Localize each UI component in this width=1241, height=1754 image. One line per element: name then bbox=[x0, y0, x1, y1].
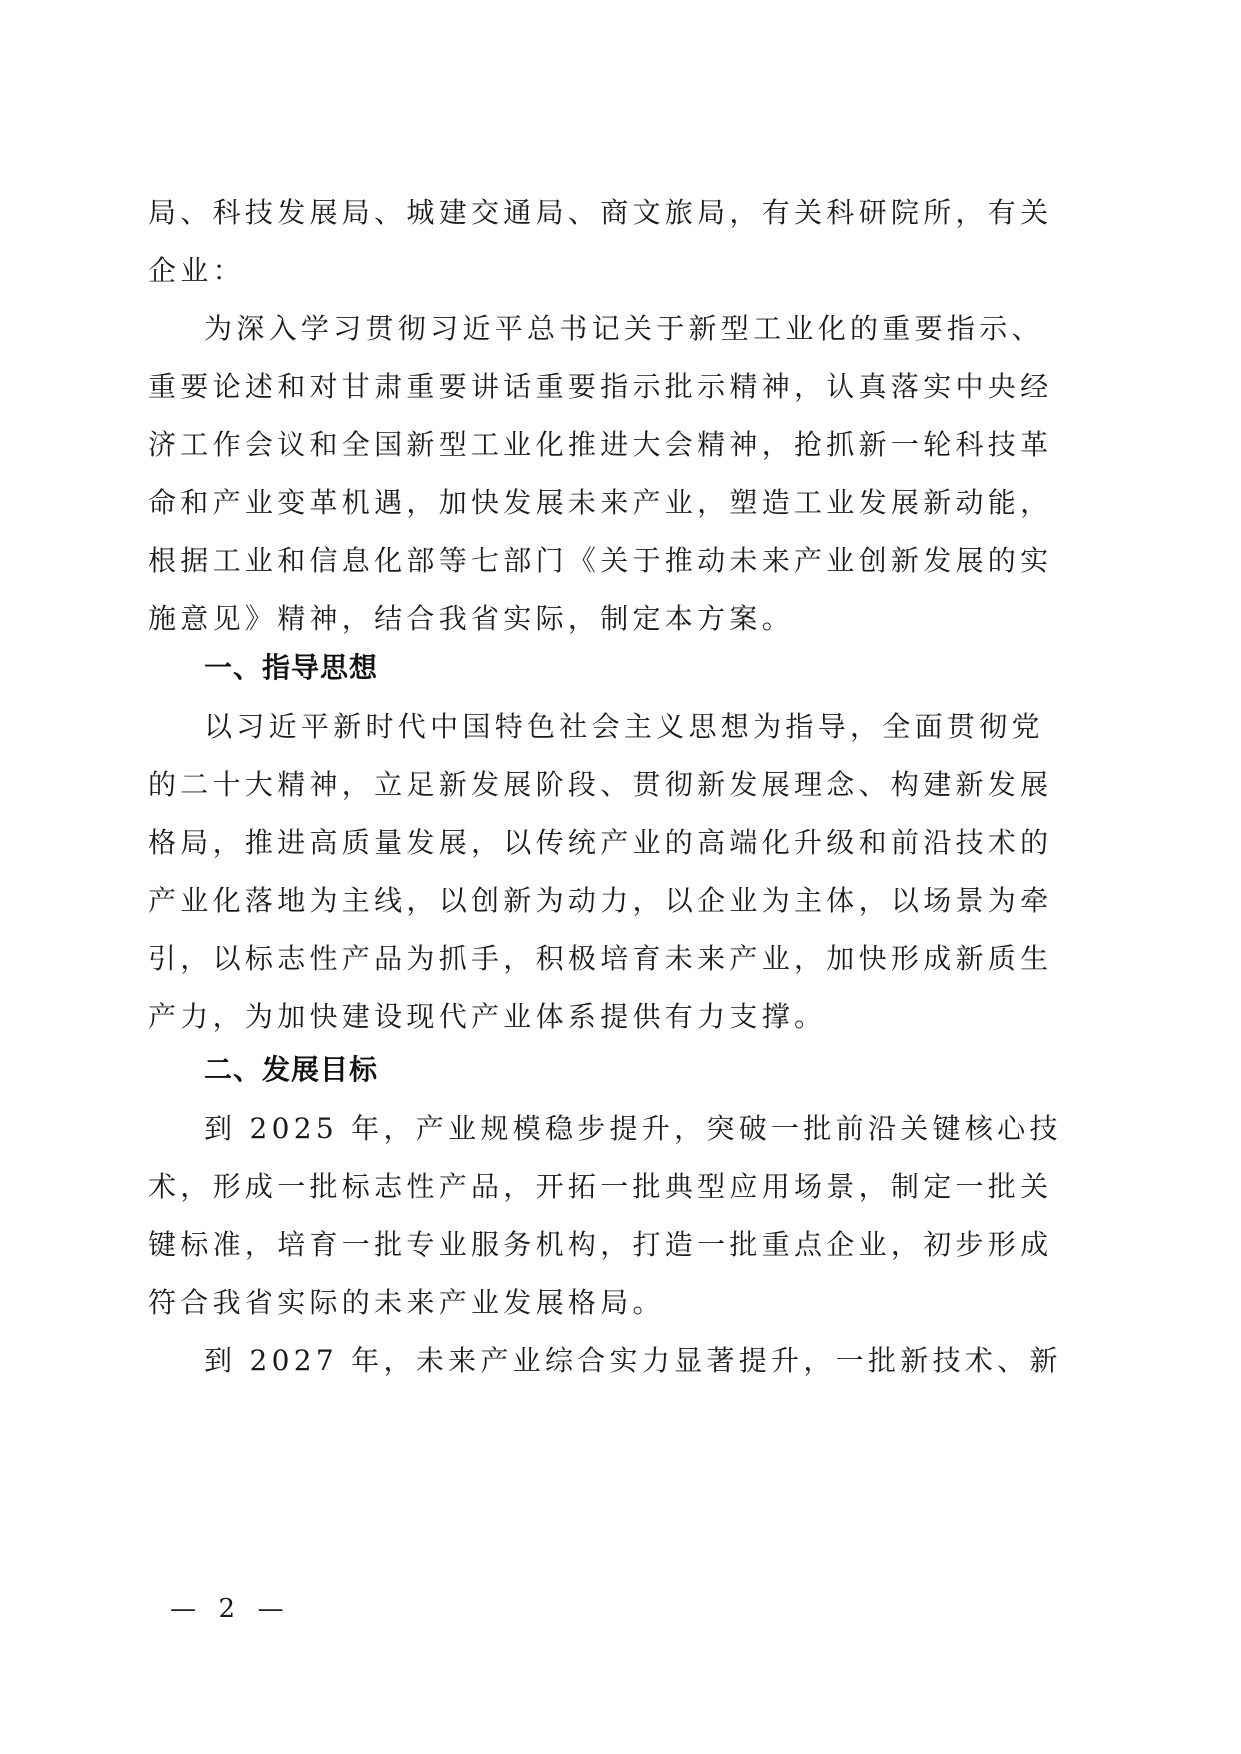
section1-line-1: 以习近平新时代中国特色社会主义思想为指导，全面贯彻党 bbox=[204, 707, 966, 747]
section2-line-2: 术，形成一批标志性产品，开拓一批典型应用场景，制定一批关 bbox=[148, 1167, 966, 1207]
document-page: 局、科技发展局、城建交通局、商文旅局，有关科研院所，有关 企业： 为深入学习贯彻… bbox=[0, 0, 1241, 1754]
preamble-line-6: 施意见》精神，结合我省实际，制定本方案。 bbox=[148, 599, 966, 639]
addressee-line-1: 局、科技发展局、城建交通局、商文旅局，有关科研院所，有关 bbox=[148, 193, 966, 233]
section2-line-3: 键标准，培育一批专业服务机构，打造一批重点企业，初步形成 bbox=[148, 1225, 966, 1265]
preamble-line-5: 根据工业和信息化部等七部门《关于推动未来产业创新发展的实 bbox=[148, 541, 966, 581]
section-heading-development-goals: 二、发展目标 bbox=[204, 1050, 378, 1090]
section1-line-2: 的二十大精神，立足新发展阶段、贯彻新发展理念、构建新发展 bbox=[148, 765, 966, 805]
preamble-line-1: 为深入学习贯彻习近平总书记关于新型工业化的重要指示、 bbox=[204, 309, 966, 349]
section1-line-5: 引，以标志性产品为抓手，积极培育未来产业，加快形成新质生 bbox=[148, 939, 966, 979]
preamble-line-3: 济工作会议和全国新型工业化推进大会精神，抢抓新一轮科技革 bbox=[148, 425, 966, 465]
section-heading-guiding-ideology: 一、指导思想 bbox=[204, 648, 378, 688]
section2-line-4: 符合我省实际的未来产业发展格局。 bbox=[148, 1283, 966, 1323]
section2-line-5: 到 2027 年，未来产业综合实力显著提升，一批新技术、新 bbox=[204, 1341, 966, 1381]
section2-line-1: 到 2025 年，产业规模稳步提升，突破一批前沿关键核心技 bbox=[204, 1109, 966, 1149]
addressee-line-2: 企业： bbox=[148, 251, 966, 291]
page-number: — 2 — bbox=[170, 1589, 286, 1629]
preamble-line-2: 重要论述和对甘肃重要讲话重要指示批示精神，认真落实中央经 bbox=[148, 367, 966, 407]
preamble-line-4: 命和产业变革机遇，加快发展未来产业，塑造工业发展新动能， bbox=[148, 483, 966, 523]
section1-line-4: 产业化落地为主线，以创新为动力，以企业为主体，以场景为牵 bbox=[148, 881, 966, 921]
section1-line-6: 产力，为加快建设现代产业体系提供有力支撑。 bbox=[148, 997, 966, 1037]
section1-line-3: 格局，推进高质量发展，以传统产业的高端化升级和前沿技术的 bbox=[148, 823, 966, 863]
